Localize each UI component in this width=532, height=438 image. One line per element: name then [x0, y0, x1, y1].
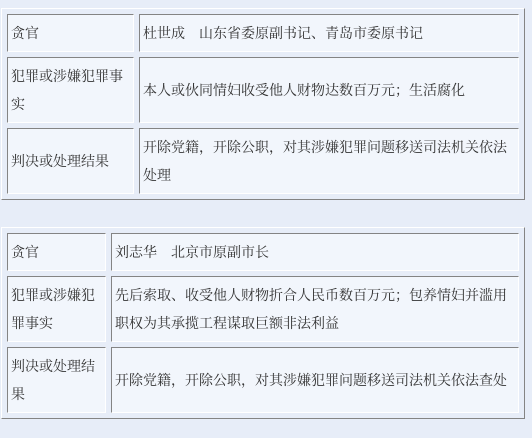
field-value-crime: 本人或伙同情妇收受他人财物达数百万元；生活腐化	[139, 57, 519, 123]
table-row: 贪官 杜世成 山东省委原副书记、青岛市委原书记	[7, 14, 519, 52]
table-row: 判决或处理结果 开除党籍，开除公职，对其涉嫌犯罪问题移送司法机关依法查处	[7, 347, 519, 413]
official-record-table-2: 贪官 刘志华 北京市原副市长 犯罪或涉嫌犯罪事实 先后索取、收受他人财物折合人民…	[1, 227, 525, 419]
table-row: 判决或处理结果 开除党籍，开除公职，对其涉嫌犯罪问题移送司法机关依法处理	[7, 128, 519, 194]
table-row: 犯罪或涉嫌犯罪事实 本人或伙同情妇收受他人财物达数百万元；生活腐化	[7, 57, 519, 123]
field-label-verdict: 判决或处理结果	[7, 128, 134, 194]
table-row: 犯罪或涉嫌犯罪事实 先后索取、收受他人财物折合人民币数百万元；包养情妇并滥用职权…	[7, 276, 519, 342]
field-value-official: 刘志华 北京市原副市长	[111, 233, 519, 271]
field-value-crime: 先后索取、收受他人财物折合人民币数百万元；包养情妇并滥用职权为其承揽工程谋取巨额…	[111, 276, 519, 342]
field-label-official: 贪官	[7, 233, 106, 271]
field-label-crime: 犯罪或涉嫌犯罪事实	[7, 276, 106, 342]
field-value-verdict: 开除党籍，开除公职，对其涉嫌犯罪问题移送司法机关依法查处	[111, 347, 519, 413]
field-value-official: 杜世成 山东省委原副书记、青岛市委原书记	[139, 14, 519, 52]
table-row: 贪官 刘志华 北京市原副市长	[7, 233, 519, 271]
field-label-verdict: 判决或处理结果	[7, 347, 106, 413]
official-record-table-1: 贪官 杜世成 山东省委原副书记、青岛市委原书记 犯罪或涉嫌犯罪事实 本人或伙同情…	[1, 8, 525, 200]
field-value-verdict: 开除党籍，开除公职，对其涉嫌犯罪问题移送司法机关依法处理	[139, 128, 519, 194]
field-label-official: 贪官	[7, 14, 134, 52]
field-label-crime: 犯罪或涉嫌犯罪事实	[7, 57, 134, 123]
